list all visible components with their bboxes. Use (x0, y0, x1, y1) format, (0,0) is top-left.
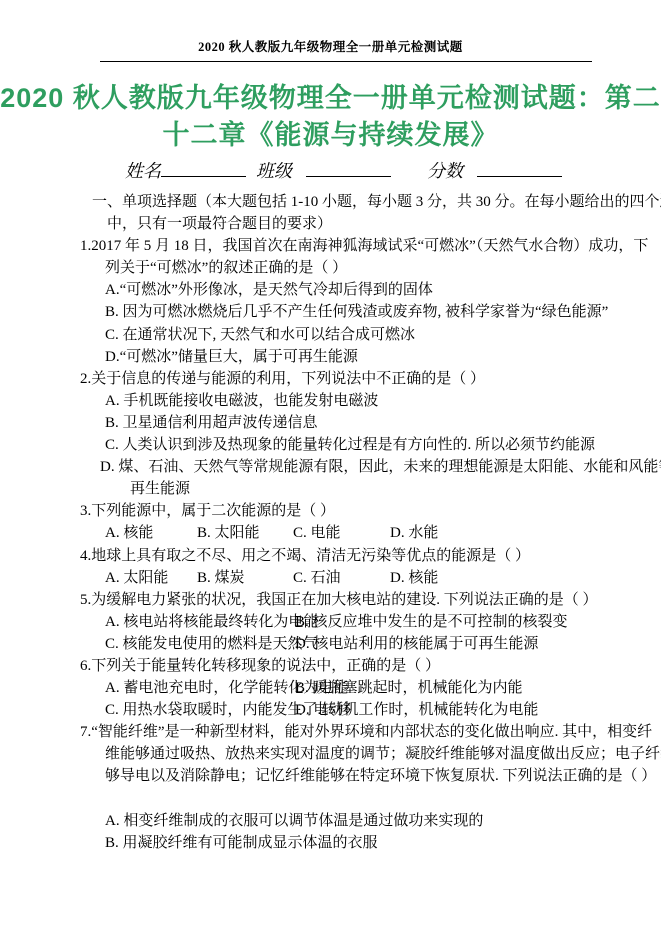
question-6-options-row-2: C. 用热水袋取暖时，内能发生了.转移D. 电动机工作时，机械能转化为电能 (105, 699, 640, 721)
question-7-stem-line-2: 维能够通过吸热、放热来实现对温度的调节；凝胶纤维能够对温度做出反应；电子纤维能 (105, 743, 640, 765)
class-label: 班级 (256, 161, 292, 181)
class-blank-field (306, 159, 391, 177)
question-5-option-c: C. 核能发电使用的燃料是天然气 (105, 633, 295, 655)
question-6-stem: 6.下列关于能量转化转移现象的说法中，正确的是（ ） (80, 655, 640, 677)
name-blank-field (161, 159, 246, 177)
question-4-option-c: C. 石油 (293, 567, 390, 589)
document-page: 2020 秋人教版九年级物理全一册单元检测试题 2020 秋人教版九年级物理全一… (0, 0, 661, 935)
running-header: 2020 秋人教版九年级物理全一册单元检测试题 (0, 37, 661, 55)
question-6-option-b: B. 暖瓶塞跳起时，机械能化为内能 (295, 680, 523, 696)
question-4-option-d: D. 核能 (390, 570, 438, 586)
student-info-row: 姓名班级分数 (125, 157, 562, 183)
question-6-option-a: A. 蓄电池充电时，化学能转化为电能 (105, 677, 295, 699)
name-label: 姓名 (125, 161, 161, 181)
page-title: 2020 秋人教版九年级物理全一册单元检测试题：第二 十二章《能源与持续发展》 (0, 80, 661, 154)
question-7-stem-line-3: 够导电以及消除静电；记忆纤维能够在特定环境下恢复原状. 下列说法正确的是（ ） (105, 765, 640, 787)
section-header-line-2: 中，只有一项最符合题目的要求） (107, 213, 640, 235)
blank-line (0, 788, 640, 810)
question-4-options: A. 太阳能B. 煤炭C. 石油D. 核能 (105, 567, 640, 589)
question-5-options-row-2: C. 核能发电使用的燃料是天然气D. 核电站利用的核能属于可再生能源 (105, 633, 640, 655)
page-title-line-1: 2020 秋人教版九年级物理全一册单元检测试题：第二 (0, 80, 661, 117)
question-2-option-a: A. 手机既能接收电磁波，也能发射电磁波 (105, 390, 640, 412)
header-divider-line (100, 61, 592, 62)
question-2-option-c: C. 人类认识到涉及热现象的能量转化过程是有方向性的. 所以必须节约能源 (105, 434, 640, 456)
question-4-stem: 4.地球上具有取之不尽、用之不竭、清洁无污染等优点的能源是（ ） (80, 545, 640, 567)
question-6-option-d: D. 电动机工作时，机械能转化为电能 (295, 702, 538, 718)
question-body: 一、单项选择题（本大题包括 1-10 小题，每小题 3 分，共 30 分。在每小… (0, 191, 640, 854)
question-6-option-c: C. 用热水袋取暖时，内能发生了.转移 (105, 699, 295, 721)
question-6-options-row-1: A. 蓄电池充电时，化学能转化为电能B. 暖瓶塞跳起时，机械能化为内能 (105, 677, 640, 699)
question-3-option-d: D. 水能 (390, 525, 438, 541)
question-2-option-d: D. 煤、石油、天然气等常规能源有限，因此，未来的理想能源是太阳能、水能和风能等… (100, 456, 640, 478)
question-7-stem-line-1: 7.“智能纤维”是一种新型材料，能对外界环境和内部状态的变化做出响应. 其中，相… (80, 721, 640, 743)
question-1-option-b: B. 因为可燃冰燃烧后几乎不产生任何残渣或废弃物, 被科学家誉为“绿色能源” (105, 301, 640, 323)
score-label: 分数 (427, 161, 463, 181)
question-2-option-d-wrap: 再生能源 (130, 478, 640, 500)
question-3-option-b: B. 太阳能 (197, 522, 293, 544)
question-1-stem-line-1: 1.2017 年 5 月 18 日，我国首次在南海神狐海域试采“可燃冰”（天然气… (80, 235, 640, 257)
question-1-stem-line-2: 列关于“可燃冰”的叙述正确的是（ ） (105, 257, 640, 279)
question-2-option-b: B. 卫星通信利用超声波传递信息 (105, 412, 640, 434)
question-3-stem: 3.下列能源中，属于二次能源的是（ ） (80, 500, 640, 522)
page-title-line-2: 十二章《能源与持续发展》 (0, 117, 661, 154)
question-3-option-a: A. 核能 (105, 522, 197, 544)
question-3-options: A. 核能B. 太阳能C. 电能D. 水能 (105, 522, 640, 544)
question-1-option-c: C. 在通常状况下, 天然气和水可以结合成可燃冰 (105, 324, 640, 346)
question-4-option-b: B. 煤炭 (197, 567, 293, 589)
question-3-option-c: C. 电能 (293, 522, 390, 544)
question-1-option-a: A.“可燃冰”外形像冰，是天然气冷却后得到的固体 (105, 279, 640, 301)
section-header-line-1: 一、单项选择题（本大题包括 1-10 小题，每小题 3 分，共 30 分。在每小… (92, 191, 640, 213)
question-5-option-a: A. 核电站将核能最终转化为电能 (105, 611, 295, 633)
score-blank-field (477, 159, 562, 177)
question-5-stem: 5.为缓解电力紧张的状况，我国正在加大核电站的建设. 下列说法正确的是（ ） (80, 589, 640, 611)
question-5-options-row-1: A. 核电站将核能最终转化为电能B. 核反应堆中发生的是不可控制的核裂变 (105, 611, 640, 633)
question-5-option-d: D. 核电站利用的核能属于可再生能源 (295, 636, 538, 652)
question-5-option-b: B. 核反应堆中发生的是不可控制的核裂变 (295, 614, 568, 630)
question-7-option-a: A. 相变纤维制成的衣服可以调节体温是通过做功来实现的 (105, 810, 640, 832)
question-1-option-d: D.“可燃冰”储量巨大，属于可再生能源 (105, 346, 640, 368)
question-2-stem: 2.关于信息的传递与能源的利用，下列说法中不正确的是（ ） (80, 368, 640, 390)
question-4-option-a: A. 太阳能 (105, 567, 197, 589)
question-7-option-b: B. 用凝胶纤维有可能制成显示体温的衣服 (105, 832, 640, 854)
